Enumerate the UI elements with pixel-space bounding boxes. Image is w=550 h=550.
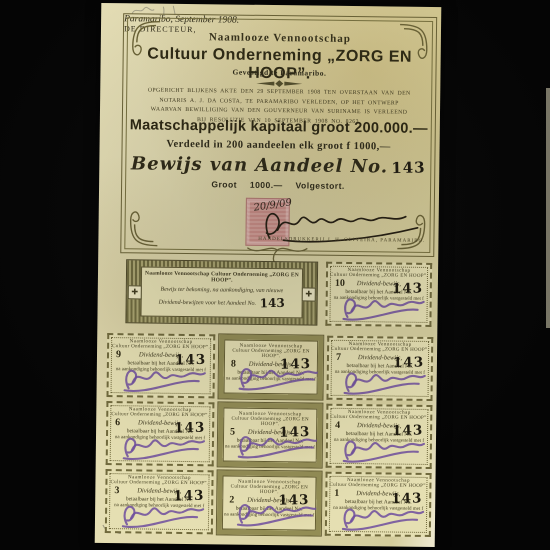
dividend-coupon-5: Naamlooze VennootschapCultuur Ondernemin… (218, 402, 323, 467)
company-name-title: Cultuur Onderneming „ZORG EN HOOP”. (123, 45, 435, 85)
dividend-coupon-10: Naamlooze VennootschapCultuur Ondernemin… (325, 262, 432, 327)
coupon-company-line2: Cultuur Onderneming „ZORG EN HOOP”. (328, 415, 430, 421)
company-type-line: Naamlooze Vennootschap (124, 30, 436, 46)
talon-line1: Bewijs ter bekoming, na aankondiging, va… (142, 286, 302, 294)
dividend-coupon-6: Naamlooze VennootschapCultuur Ondernemin… (106, 401, 215, 466)
talon-line2-text: Dividend-bewijzen voor het Aandeel No. (159, 300, 256, 307)
coupon-number: 9 (116, 349, 121, 360)
corner-flourish-icon (123, 206, 160, 250)
coupon-number: 3 (114, 485, 119, 496)
coupon-company-line2: Cultuur Onderneming „ZORG EN HOOP”. (107, 480, 211, 486)
scanned-share-certificate-photo: Naamlooze Vennootschap Cultuur Ondernemi… (0, 0, 550, 550)
certificate-border-frame: Naamlooze Vennootschap Cultuur Ondernemi… (120, 13, 437, 257)
coupon-number: 7 (336, 352, 341, 363)
share-number-stamp: 143 (391, 158, 426, 177)
purple-signature-stamp (337, 503, 425, 534)
purple-signature-stamp (233, 431, 321, 462)
coupon-number: 1 (334, 488, 339, 499)
coupon-number: 4 (335, 420, 340, 431)
coupon-row-1: Naamlooze Vennootschap Cultuur Ondernemi… (97, 259, 438, 327)
purple-signature-stamp (337, 293, 425, 324)
purple-signature-stamp (117, 500, 205, 531)
share-title-line: Bewijs van Aandeel No. 143 (122, 153, 434, 178)
coupon-company-line2: Cultuur Onderneming „ZORG EN HOOP”. (108, 412, 212, 418)
photo-edge-sliver (546, 88, 550, 328)
coupon-10-slot: Naamlooze VennootschapCultuur Ondernemin… (325, 262, 432, 327)
coupon-number: 10 (335, 278, 345, 289)
dividend-coupon-7: Naamlooze VennootschapCultuur Ondernemin… (326, 336, 433, 401)
coupon-grid: Naamlooze VennootschapCultuur Ondernemin… (105, 333, 433, 537)
share-title-text: Bewijs van Aandeel No. (131, 153, 388, 177)
value-status: Volgestort. (295, 180, 344, 191)
purple-signature-stamp (234, 363, 322, 394)
talon: Naamlooze Vennootschap Cultuur Ondernemi… (125, 259, 318, 325)
divider-ornament-icon (256, 80, 302, 88)
purple-signature-stamp (339, 367, 427, 398)
certificate-paper: Naamlooze Vennootschap Cultuur Ondernemi… (95, 3, 442, 547)
division-line: Verdeeld in 200 aandeelen elk groot f 10… (123, 138, 435, 153)
purple-signature-stamp (118, 432, 206, 463)
value-amount: Groot 1000.— (211, 179, 282, 190)
capital-line: Maatschappelijk kapitaal groot 200.000.— (123, 117, 435, 137)
talon-number-stamp: 143 (259, 296, 284, 311)
coupon-company-line2: Cultuur Onderneming „ZORG EN HOOP”. (327, 483, 429, 489)
value-line: Groot 1000.— Volgestort. (122, 178, 434, 192)
coupon-number: 6 (115, 417, 120, 428)
purple-signature-stamp (119, 364, 207, 395)
dividend-coupon-3: Naamlooze VennootschapCultuur Ondernemin… (105, 469, 214, 534)
dividend-coupon-4: Naamlooze VennootschapCultuur Ondernemin… (326, 404, 433, 469)
maltese-cross-icon: ✚ (302, 287, 316, 301)
dividend-coupon-1: Naamlooze VennootschapCultuur Ondernemin… (325, 472, 432, 537)
dividend-coupon-2: Naamlooze VennootschapCultuur Ondernemin… (217, 470, 322, 535)
coupon-company-line2: Cultuur Onderneming „ZORG EN HOOP”. (329, 347, 431, 353)
dividend-coupon-9: Naamlooze VennootschapCultuur Ondernemin… (106, 333, 215, 398)
talon-panel: Naamlooze Vennootschap Cultuur Ondernemi… (140, 266, 303, 318)
coupon-company-line2: Cultuur Onderneming „ZORG EN HOOP”. (109, 344, 213, 350)
dividend-coupon-8: Naamlooze VennootschapCultuur Ondernemin… (218, 334, 323, 399)
maltese-cross-icon: ✚ (128, 285, 142, 299)
talon-line2: Dividend-bewijzen voor het Aandeel No. 1… (142, 294, 302, 310)
talon-header: Naamlooze Vennootschap Cultuur Ondernemi… (142, 270, 302, 284)
purple-signature-stamp (232, 499, 320, 530)
purple-signature-stamp (338, 435, 426, 466)
